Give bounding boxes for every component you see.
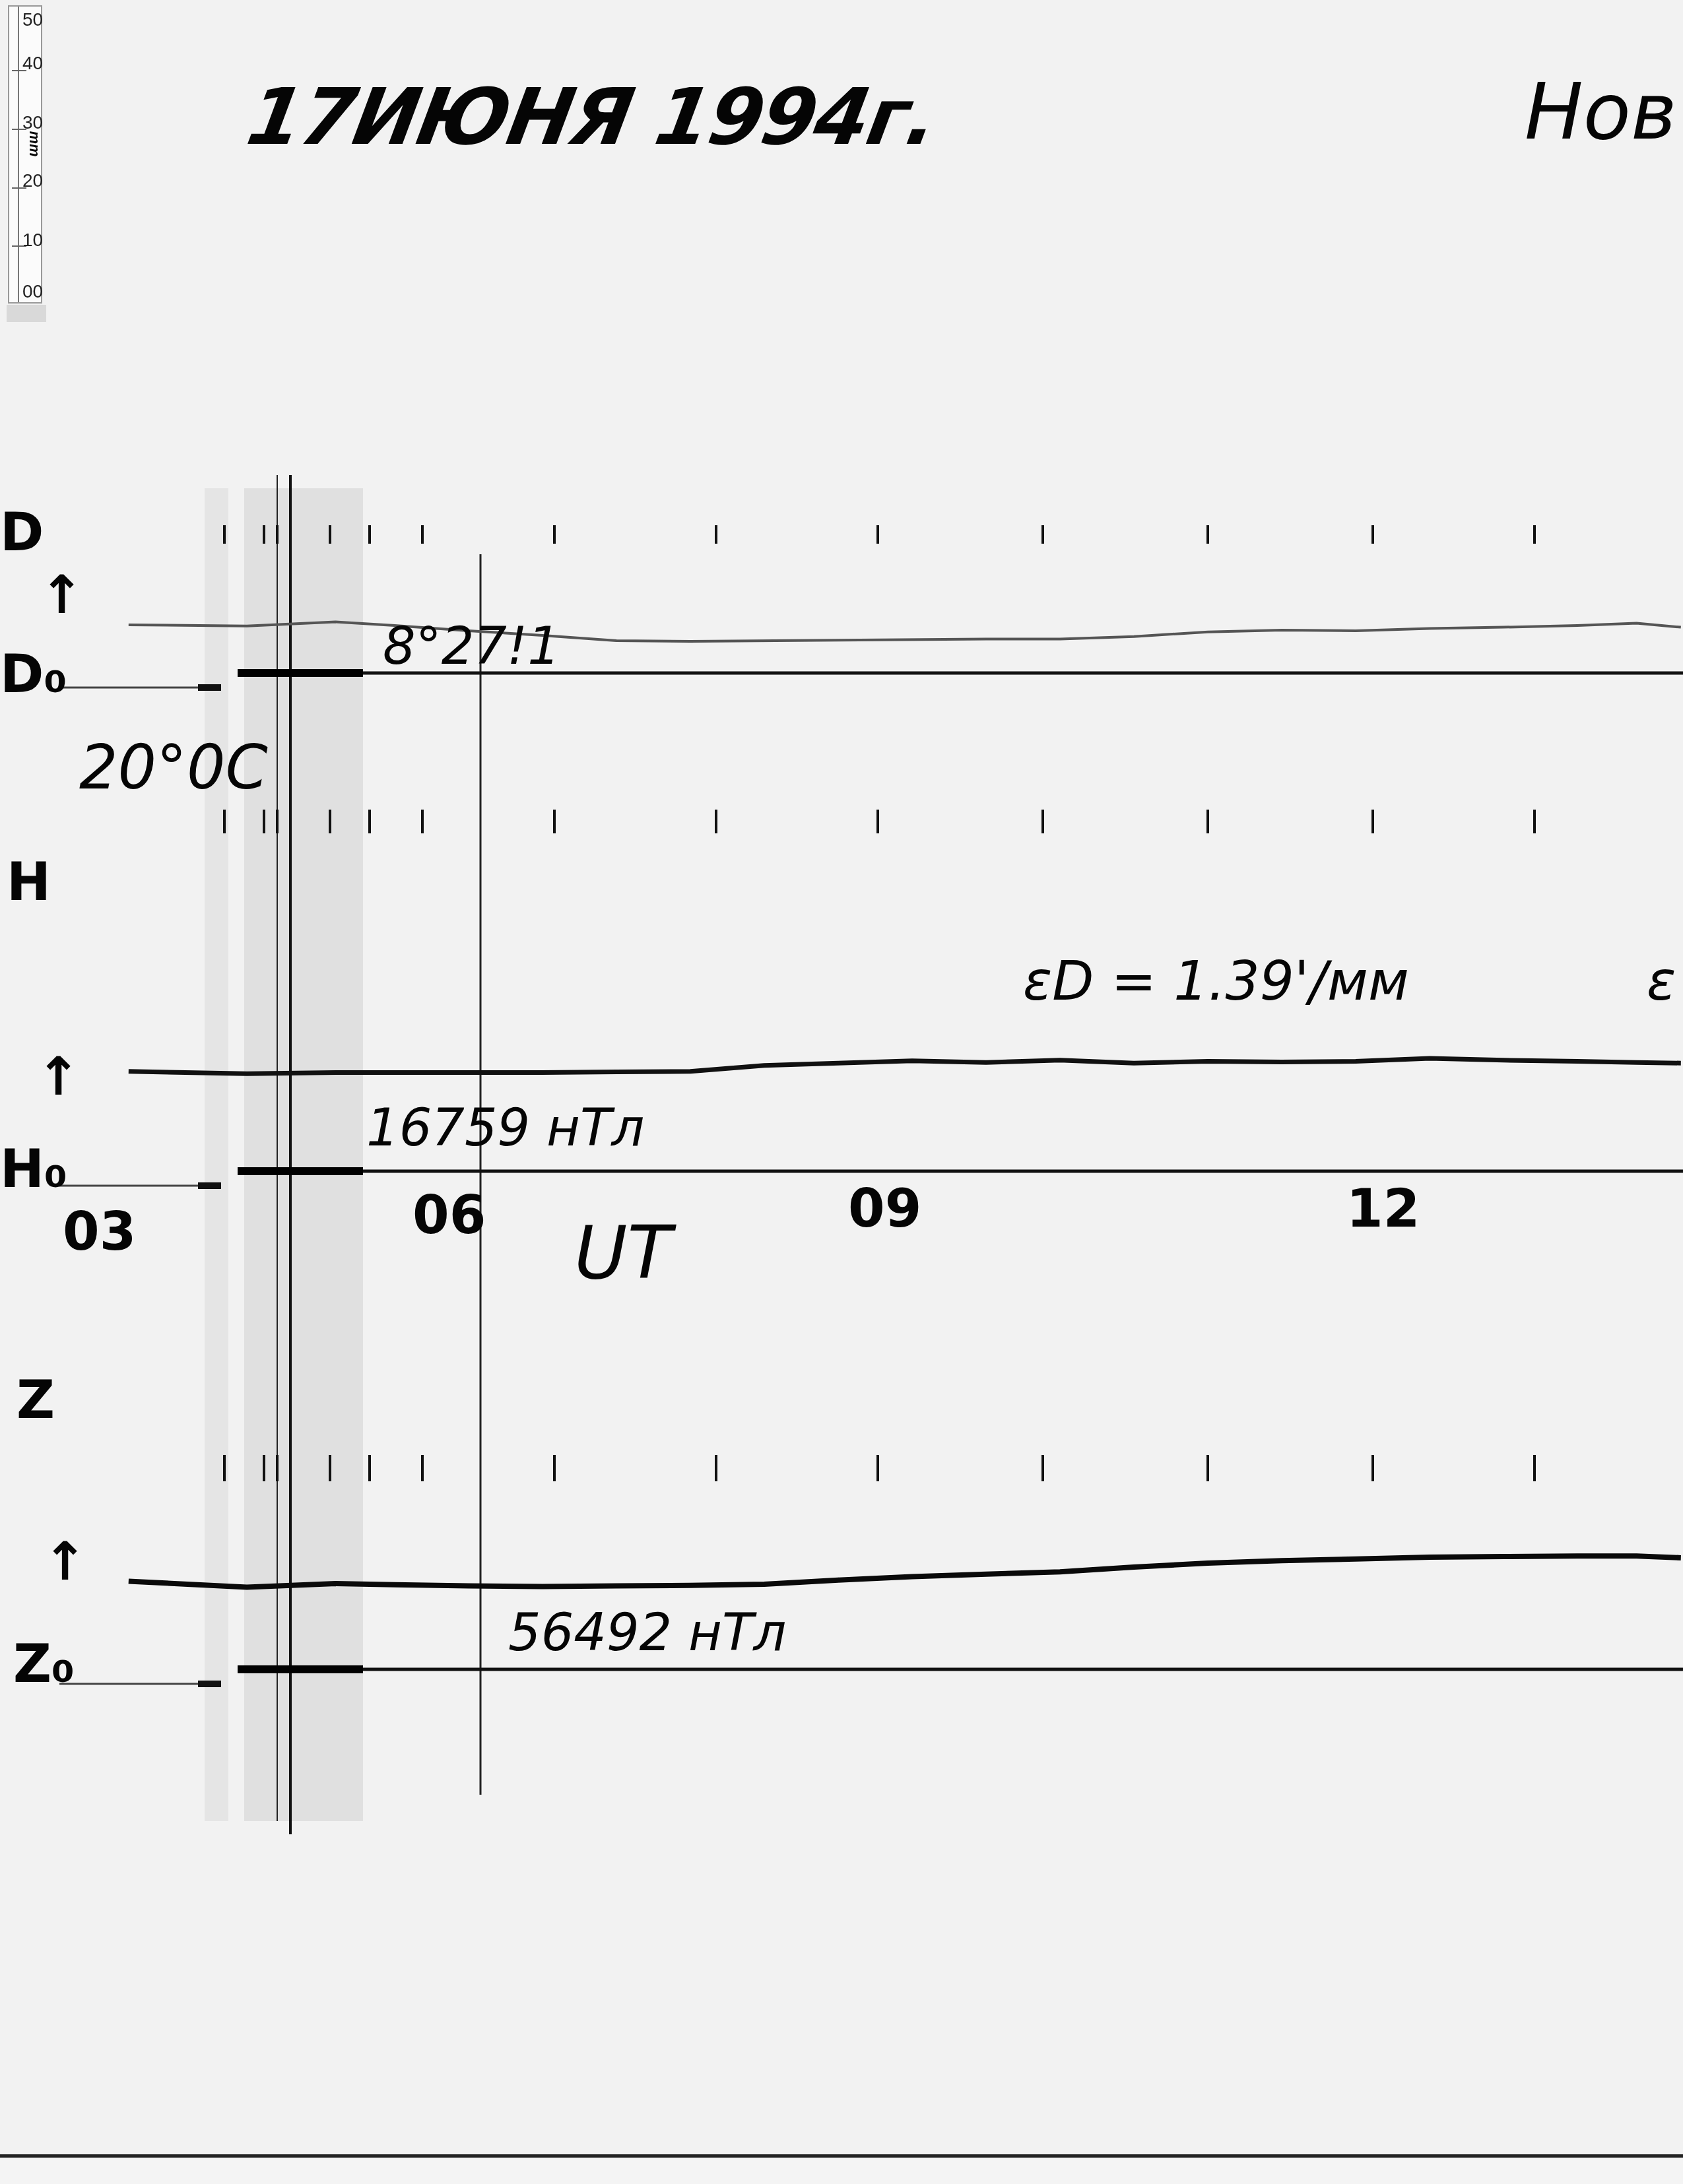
- baseline-h0-value: 16759 нТл: [366, 1099, 644, 1158]
- label-d0: D₀: [0, 643, 67, 705]
- exposure-band: [244, 488, 363, 1821]
- baseline-d0-value: 8°27!1: [383, 617, 560, 676]
- magnetogram-page: 50 40 30 mm 20 10 00 17ИЮНЯ 1994г. Нов D…: [0, 0, 1683, 2184]
- arrow-up-icon: ↑: [43, 1531, 87, 1592]
- baseline-z0-value: 56492 нТл: [508, 1603, 786, 1663]
- x-tick-09: 09: [848, 1178, 921, 1239]
- arrow-up-icon: ↑: [36, 1046, 81, 1107]
- label-d: D: [0, 501, 44, 563]
- scale-factor-annotation: εD = 1.39'/мм: [1023, 950, 1409, 1013]
- label-z0: Z₀: [13, 1633, 75, 1694]
- x-tick-03: 03: [63, 1201, 136, 1262]
- temperature-annotation: 20°0С: [79, 732, 268, 803]
- chart-title: 17ИЮНЯ 1994г.: [241, 71, 944, 162]
- x-tick-12: 12: [1346, 1178, 1420, 1239]
- x-axis-label: UT: [574, 1211, 672, 1295]
- arrow-up-icon: ↑: [40, 564, 84, 626]
- station-name-partial: Нов: [1525, 66, 1676, 157]
- label-h: H: [7, 851, 51, 913]
- label-h0: H₀: [0, 1138, 67, 1200]
- magnetogram-chart: [0, 0, 1683, 2184]
- scale-factor-partial: ε: [1647, 950, 1676, 1013]
- label-z: Z: [16, 1369, 55, 1430]
- x-tick-06: 06: [412, 1184, 486, 1246]
